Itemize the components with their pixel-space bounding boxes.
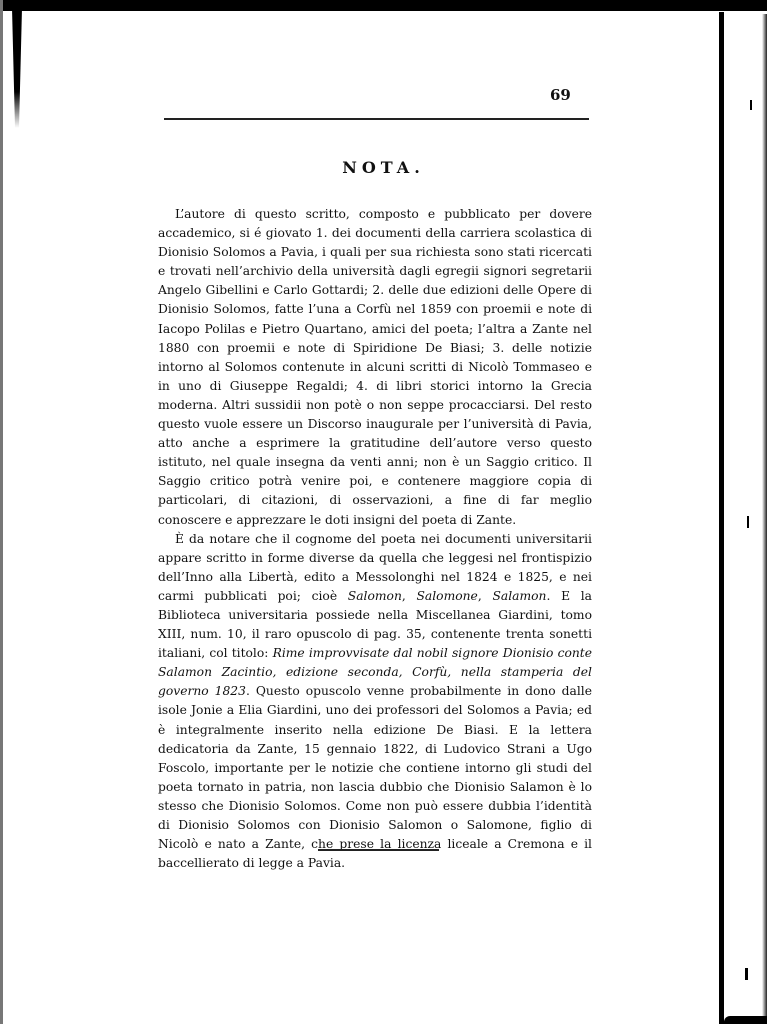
- paragraph-2: È da notare che il cognome del poeta nei…: [158, 530, 592, 874]
- separator: ,: [402, 589, 417, 603]
- next-page-bottom-shadow: [724, 1016, 767, 1024]
- scan-left-shadow: [12, 8, 22, 128]
- scan-top-border: [0, 0, 767, 11]
- scan-speck: [745, 968, 748, 980]
- italic-name-salomone: Salomone: [416, 589, 477, 603]
- scan-left-edge: [0, 0, 3, 1024]
- header-rule: [164, 118, 589, 120]
- italic-name-salamon: Salamon: [492, 589, 546, 603]
- page-number: 69: [550, 86, 571, 104]
- footer-rule: [318, 849, 439, 851]
- paragraph-1: L’autore di questo scritto, composto e p…: [158, 205, 592, 530]
- italic-name-salomon: Salomon: [348, 589, 402, 603]
- scan-speck: [750, 100, 752, 110]
- section-title: NOTA.: [0, 158, 767, 177]
- scan-speck: [747, 516, 749, 528]
- paragraph-1-text: L’autore di questo scritto, composto e p…: [158, 207, 592, 527]
- separator: ,: [478, 589, 493, 603]
- paragraph-2-text: . Questo opuscolo venne probabilmente in…: [158, 684, 592, 870]
- body-text: L’autore di questo scritto, composto e p…: [158, 205, 592, 873]
